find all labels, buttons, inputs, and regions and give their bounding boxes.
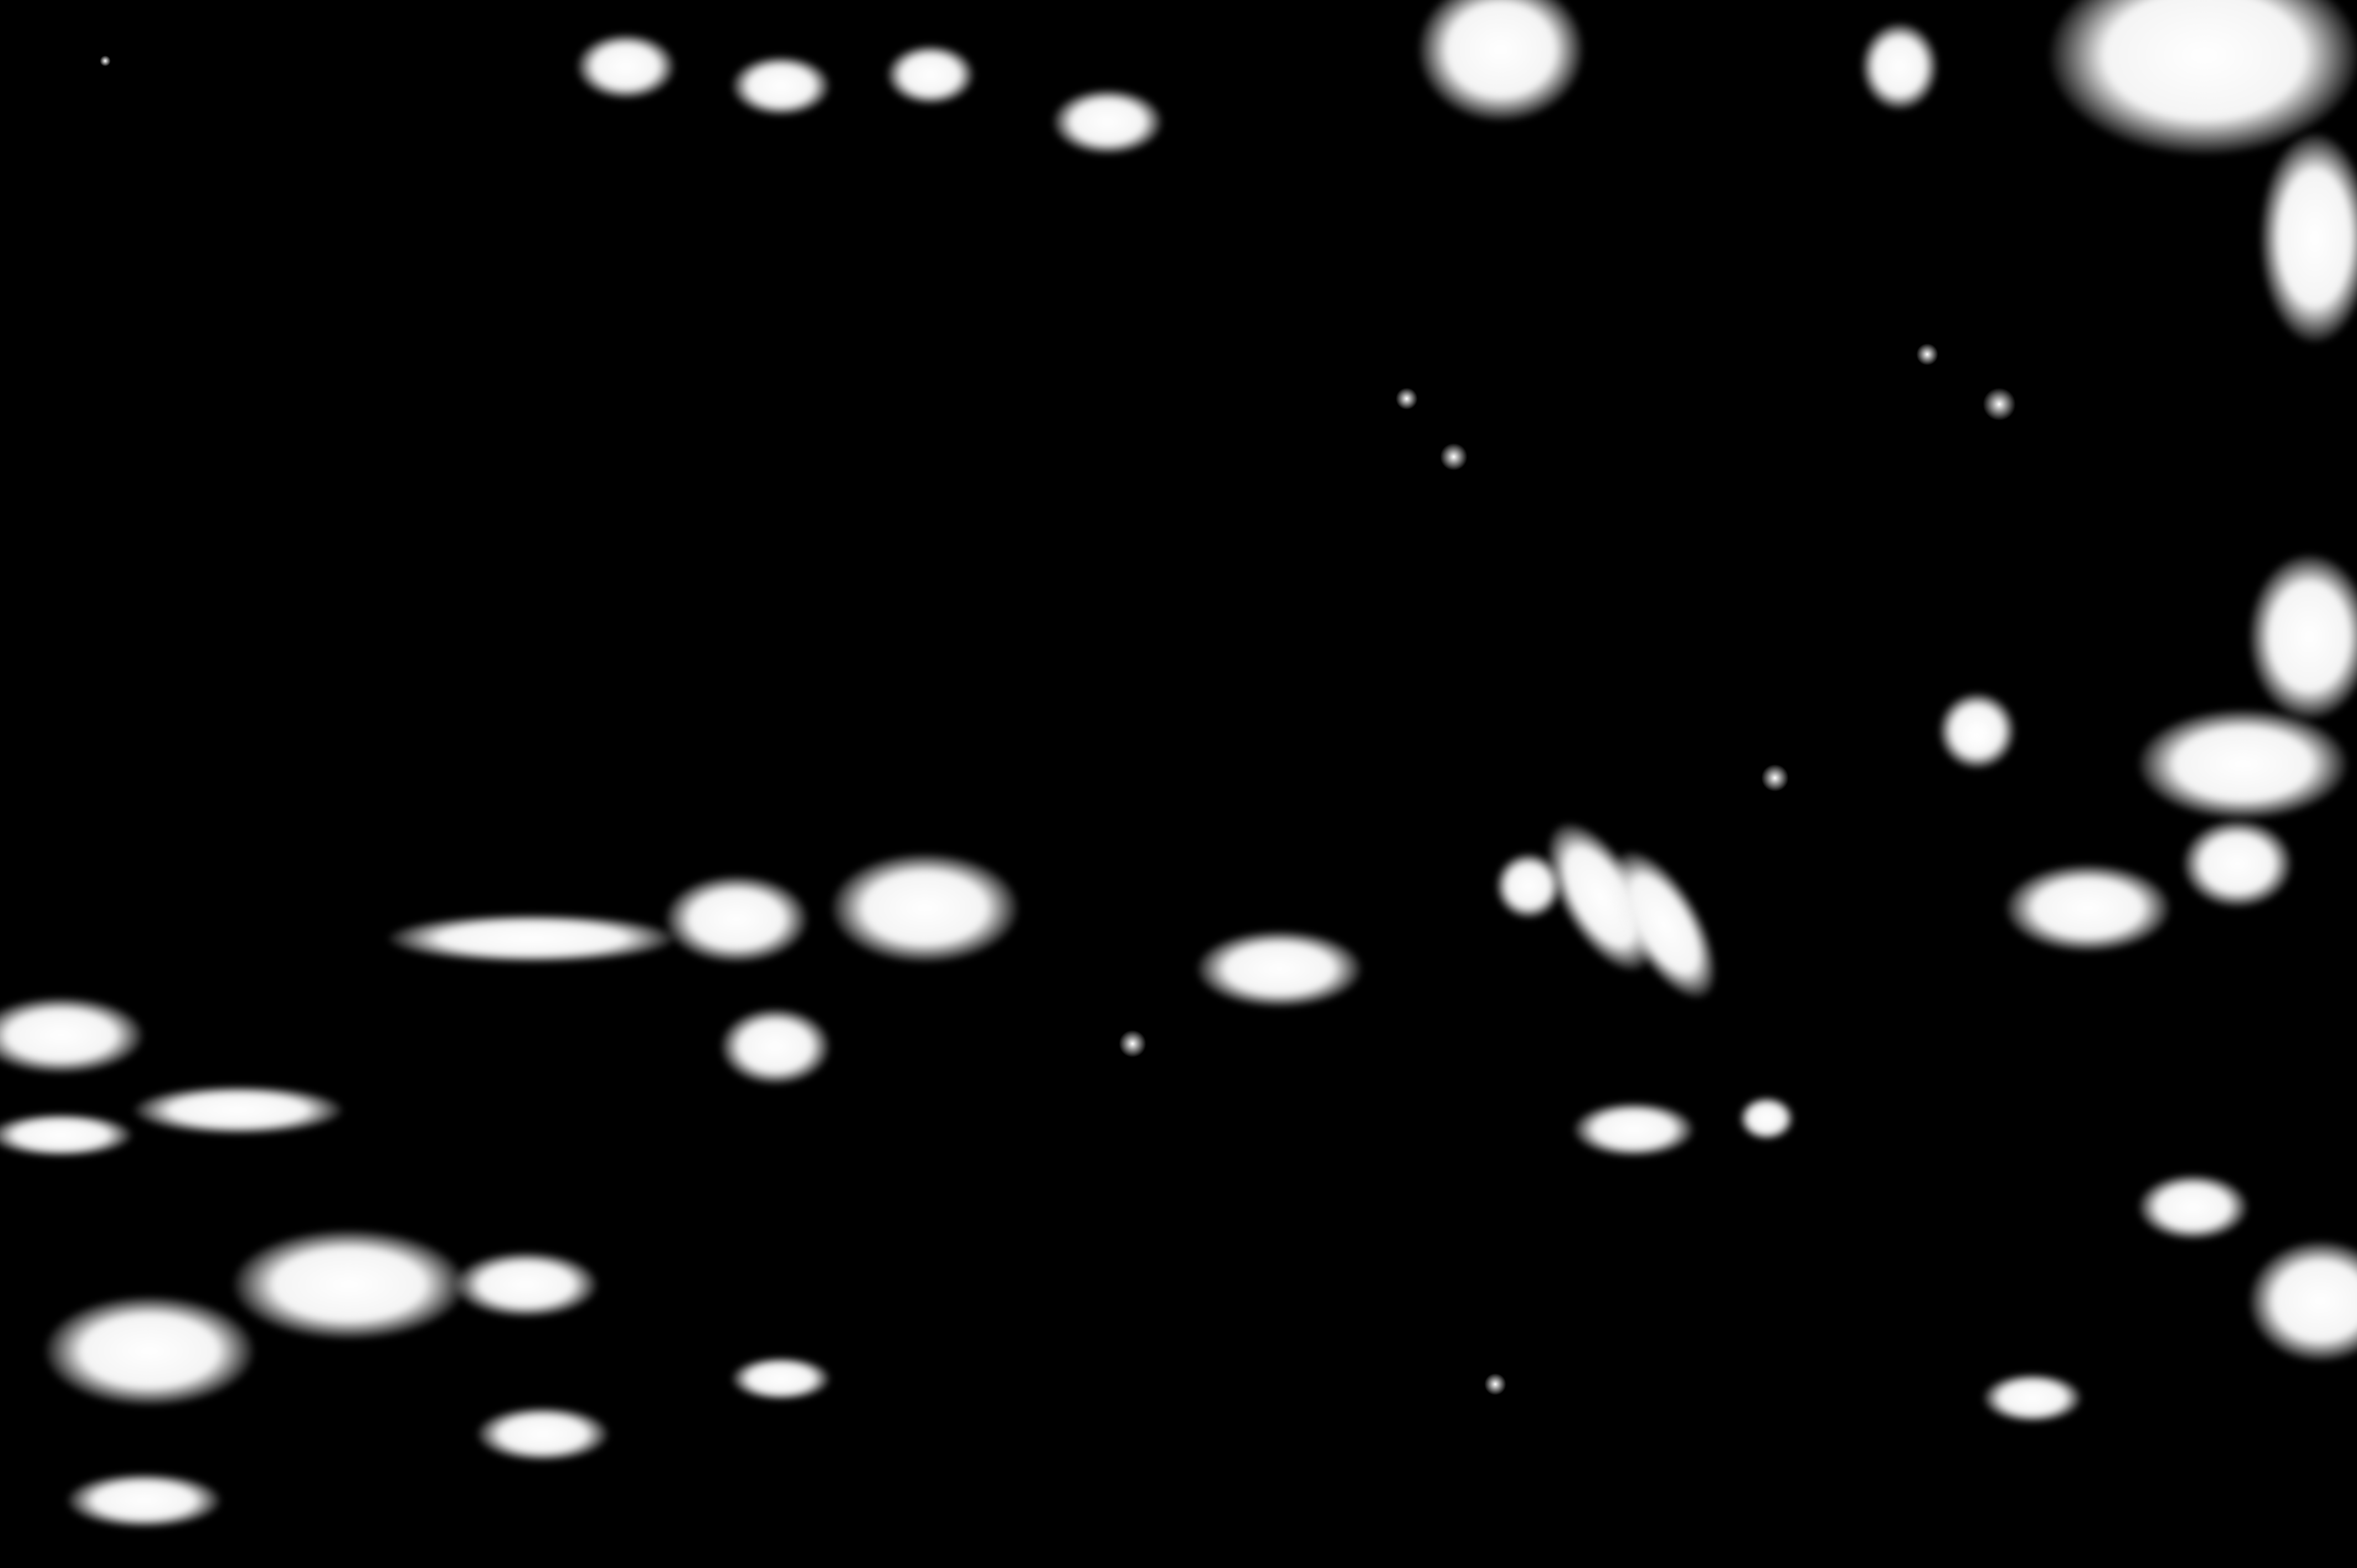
highlight-patch [886,44,975,105]
highlight-speck [100,55,111,66]
highlight-speck [1916,343,1938,365]
highlight-patch [1861,22,1938,111]
highlight-patch [454,1251,598,1318]
highlight-speck [1983,388,2016,421]
highlight-patch [133,1085,343,1135]
highlight-patch [1573,1102,1695,1157]
highlight-patch [2138,709,2348,819]
highlight-patch [576,33,676,100]
highlight-patch [1739,1096,1794,1141]
highlight-patch [0,997,144,1074]
highlight-patch [0,1113,133,1157]
highlight-speck [1960,720,1994,753]
highlight-patch [731,55,831,116]
highlight-patch [731,1356,831,1401]
highlight-patch [2248,554,2357,720]
highlight-patch [388,914,676,963]
highlight-patch [2005,864,2171,952]
highlight-speck [1440,443,1468,471]
highlight-patch [2248,1240,2357,1362]
highlight-patch [2182,819,2293,908]
highlight-patch [476,1406,609,1462]
highlight-patch [66,1473,222,1528]
photo-scene [0,0,2357,1568]
highlight-patch [1495,853,1562,919]
highlight-patch [233,1229,465,1340]
highlight-patch [1196,930,1362,1008]
highlight-patch [1983,1373,2082,1423]
highlight-patch [2260,133,2357,343]
highlight-patch [2049,0,2357,155]
highlight-patch [1052,89,1163,155]
highlight-speck [1761,764,1789,792]
highlight-speck [1396,388,1418,410]
highlight-patch [665,875,809,963]
highlight-patch [720,1008,831,1085]
highlight-patch [831,853,1019,963]
highlight-patch [44,1296,255,1406]
highlight-speck [1484,1373,1506,1395]
highlight-speck [1119,1030,1146,1058]
highlight-patch [2138,1174,2248,1240]
highlight-patch [1418,0,1584,122]
